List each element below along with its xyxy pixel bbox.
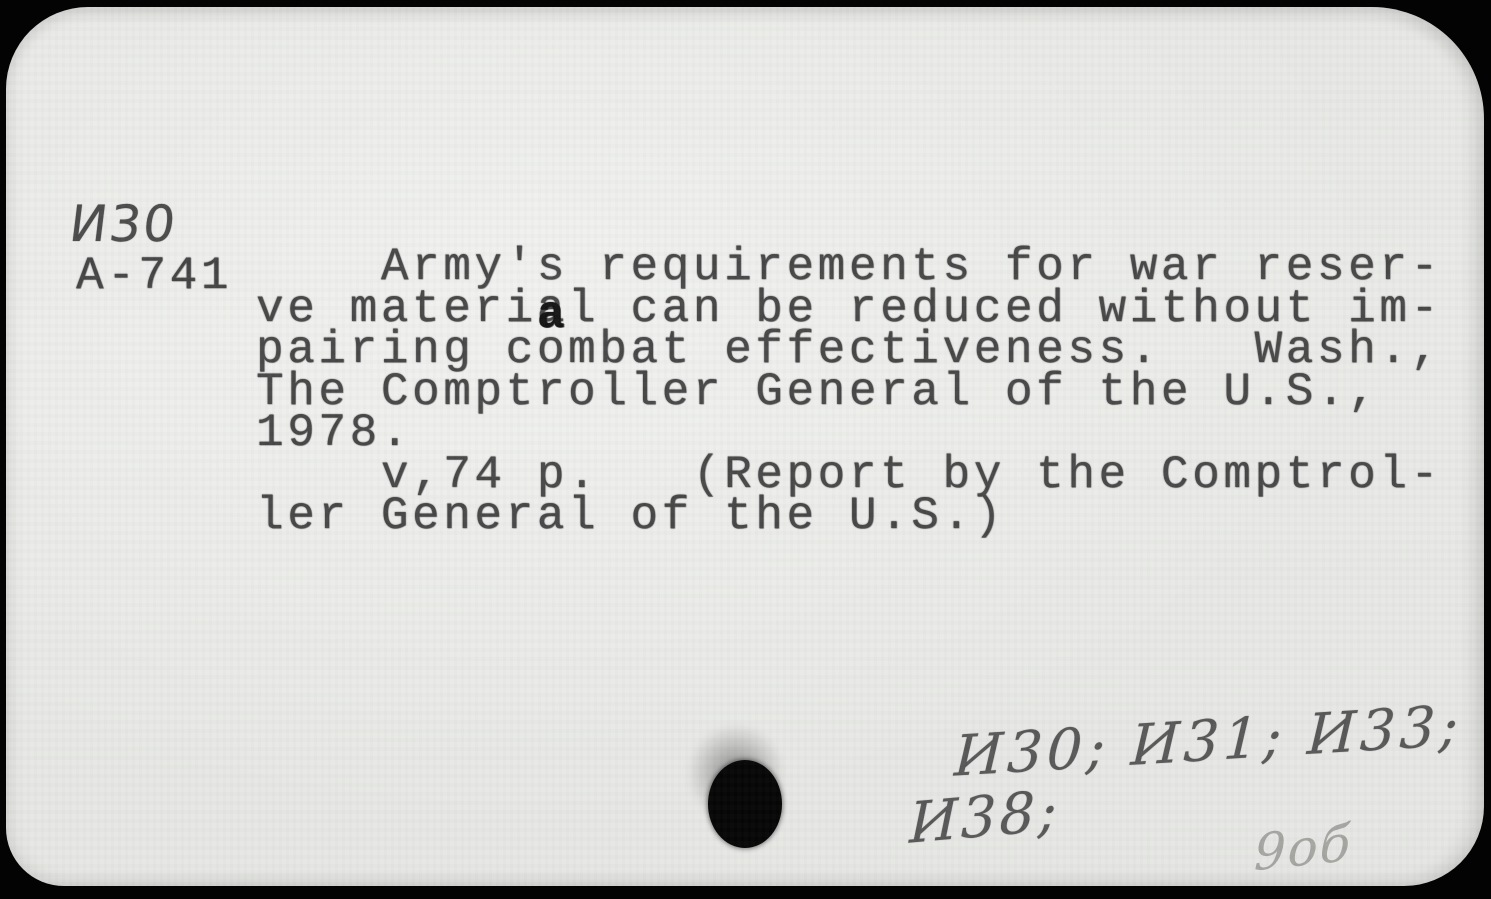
typed-line: The Comptroller General of the U.S., xyxy=(256,372,1442,414)
handwritten-pencil-note: 9об xyxy=(1253,814,1353,883)
typed-entry-block: Army's requirements for war reser- ve ma… xyxy=(256,247,1442,538)
typed-line: ler General of the U.S.) xyxy=(256,496,1442,538)
punch-hole-dot xyxy=(708,760,782,848)
call-number-class-code: И30 xyxy=(66,195,180,253)
handwritten-class-codes-line2: И38; xyxy=(909,778,1061,857)
overstruck-character: a xyxy=(537,289,568,341)
call-number-item-code: A-741 xyxy=(76,250,232,302)
handwritten-class-codes-line1: И30; И31; И33; xyxy=(953,693,1463,789)
catalog-card: И30 A-741 Army's requirements for war re… xyxy=(6,7,1484,886)
scanner-backdrop: И30 A-741 Army's requirements for war re… xyxy=(0,0,1491,899)
